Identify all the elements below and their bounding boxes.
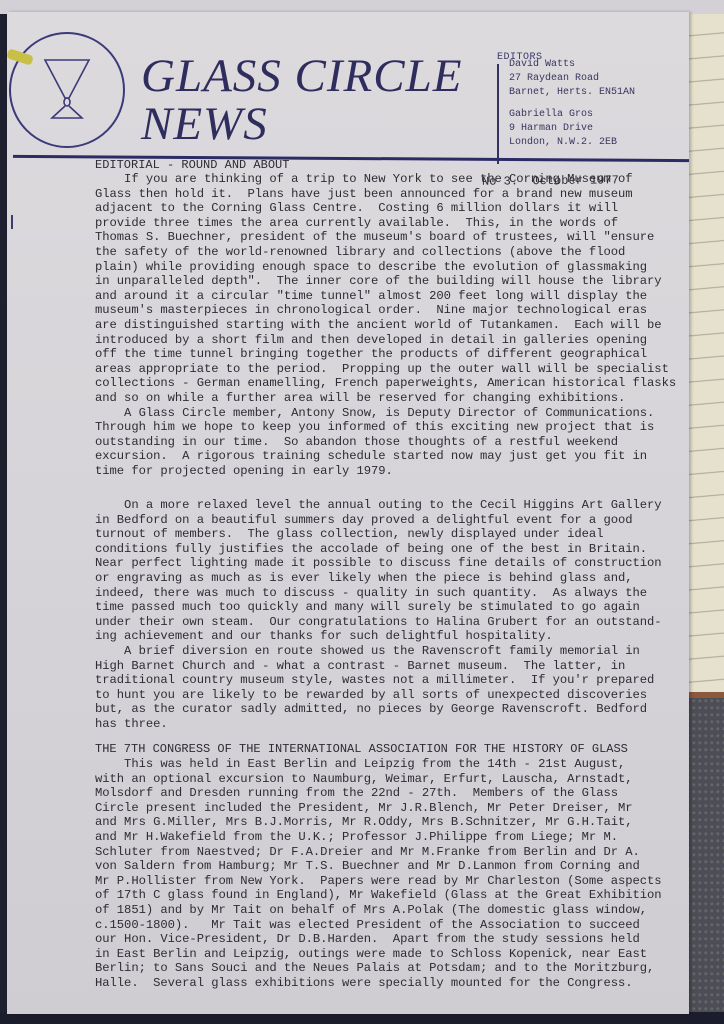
text-line: in East Berlin and Leipzig, outings were…	[95, 947, 662, 962]
text-line: are distinguished starting with the anci…	[95, 318, 676, 333]
margin-mark	[11, 215, 13, 229]
text-line: in unparalleled depth". The inner core o…	[95, 274, 676, 289]
editors-divider	[497, 64, 499, 164]
editor-2-name: Gabriella Gros	[509, 108, 617, 122]
text-line: Through him we hope to keep you informed…	[95, 420, 676, 435]
text-line: A Glass Circle member, Antony Snow, is D…	[95, 406, 676, 421]
text-line: traditional country museum style, wastes…	[95, 673, 662, 688]
text-line: time for projected opening in early 1979…	[95, 464, 676, 479]
text-line: outstanding in our time. So abandon thos…	[95, 435, 676, 450]
newsletter-page: GLASS CIRCLE NEWS EDITORS David Watts 27…	[7, 12, 689, 1014]
editor-2-town: London, N.W.2. 2EB	[509, 136, 617, 150]
text-line: Near perfect lighting made it possible t…	[95, 556, 662, 571]
congress-heading: THE 7TH CONGRESS OF THE INTERNATIONAL AS…	[95, 742, 628, 756]
text-line: von Saldern from Hamburg; Mr T.S. Buechn…	[95, 859, 662, 874]
text-line: Glass then hold it. Plans have just been…	[95, 187, 676, 202]
text-line: collections - German enamelling, French …	[95, 376, 676, 391]
text-line: conditions fully justifies the accolade …	[95, 542, 662, 557]
editorial-heading: EDITORIAL - ROUND AND ABOUT	[95, 158, 289, 172]
text-line: adjacent to the Corning Glass Centre. Co…	[95, 201, 676, 216]
text-line: museum's masterpieces in chronological o…	[95, 303, 676, 318]
editor-2-address: Gabriella Gros 9 Harman Drive London, N.…	[509, 108, 617, 150]
text-line: c.1500-1800). Mr Tait was elected Presid…	[95, 918, 662, 933]
text-line: in Bedford on a beautiful summers day pr…	[95, 513, 662, 528]
editor-2-street: 9 Harman Drive	[509, 122, 617, 136]
text-line: has three.	[95, 717, 662, 732]
text-line: indeed, there was much to discuss - qual…	[95, 586, 662, 601]
text-line: and Mrs G.Miller, Mrs B.J.Morris, Mr R.O…	[95, 815, 662, 830]
text-line: plain) while providing enough space to d…	[95, 260, 676, 275]
text-line: ing achievement and our thanks for such …	[95, 629, 662, 644]
text-line: provide three times the area currently a…	[95, 216, 676, 231]
text-line: On a more relaxed level the annual outin…	[95, 498, 662, 513]
text-line: and so on while a further area will be r…	[95, 391, 676, 406]
text-line: Mr P.Hollister from New York. Papers wer…	[95, 874, 662, 889]
text-line: and around it a circular "time tunnel" a…	[95, 289, 676, 304]
text-line: High Barnet Church and - what a contrast…	[95, 659, 662, 674]
editorial-paragraph-2: On a more relaxed level the annual outin…	[95, 498, 662, 732]
text-line: off the time tunnel bringing together th…	[95, 347, 676, 362]
text-line: or engraving as much as is ever likely w…	[95, 571, 662, 586]
text-line: time passed much too quickly and many wi…	[95, 600, 662, 615]
logo	[9, 32, 125, 148]
background-desk	[686, 698, 724, 1024]
text-line: Circle present included the President, M…	[95, 801, 662, 816]
text-line: turnout of members. The glass collection…	[95, 527, 662, 542]
text-line: Molsdorf and Dresden running from the 22…	[95, 786, 662, 801]
editorial-paragraph-1: If you are thinking of a trip to New Yor…	[95, 172, 676, 478]
wine-glass-icon	[41, 56, 93, 124]
text-line: Thomas S. Buechner, president of the mus…	[95, 230, 676, 245]
text-line: If you are thinking of a trip to New Yor…	[95, 172, 676, 187]
text-line: under their own steam. Our congratulatio…	[95, 615, 662, 630]
congress-paragraph: This was held in East Berlin and Leipzig…	[95, 757, 662, 991]
text-line: the safety of the world-renowned library…	[95, 245, 676, 260]
text-line: areas appropriate to the period. Proppin…	[95, 362, 676, 377]
masthead-line-2: NEWS	[141, 100, 462, 148]
text-line: and Mr H.Wakefield from the U.K.; Profes…	[95, 830, 662, 845]
editor-1-name: David Watts	[509, 58, 635, 72]
text-line: This was held in East Berlin and Leipzig…	[95, 757, 662, 772]
text-line: A brief diversion en route showed us the…	[95, 644, 662, 659]
background-notepad	[686, 14, 724, 694]
masthead-title: GLASS CIRCLE NEWS	[141, 52, 462, 148]
text-line: Schluter from Naestved; Dr F.A.Dreier an…	[95, 845, 662, 860]
editor-1-town: Barnet, Herts. EN51AN	[509, 86, 635, 100]
editor-1-street: 27 Raydean Road	[509, 72, 635, 86]
text-line: our Hon. Vice-President, Dr D.B.Harden. …	[95, 932, 662, 947]
text-line: with an optional excursion to Naumburg, …	[95, 772, 662, 787]
text-line: introduced by a short film and then deve…	[95, 333, 676, 348]
text-line: excursion. A rigorous training schedule …	[95, 449, 676, 464]
text-line: of 1851) and by Mr Tait on behalf of Mrs…	[95, 903, 662, 918]
masthead-line-1: GLASS CIRCLE	[141, 52, 462, 100]
text-line: of 17th C glass found in England), Mr Wa…	[95, 888, 662, 903]
text-line: Berlin; to Sans Souci and the Neues Pala…	[95, 961, 662, 976]
text-line: but, as the curator sadly admitted, no p…	[95, 702, 662, 717]
text-line: to hunt you are likely to be rewarded by…	[95, 688, 662, 703]
text-line: Halle. Several glass exhibitions were sp…	[95, 976, 662, 991]
editor-1-address: David Watts 27 Raydean Road Barnet, Hert…	[509, 58, 635, 100]
